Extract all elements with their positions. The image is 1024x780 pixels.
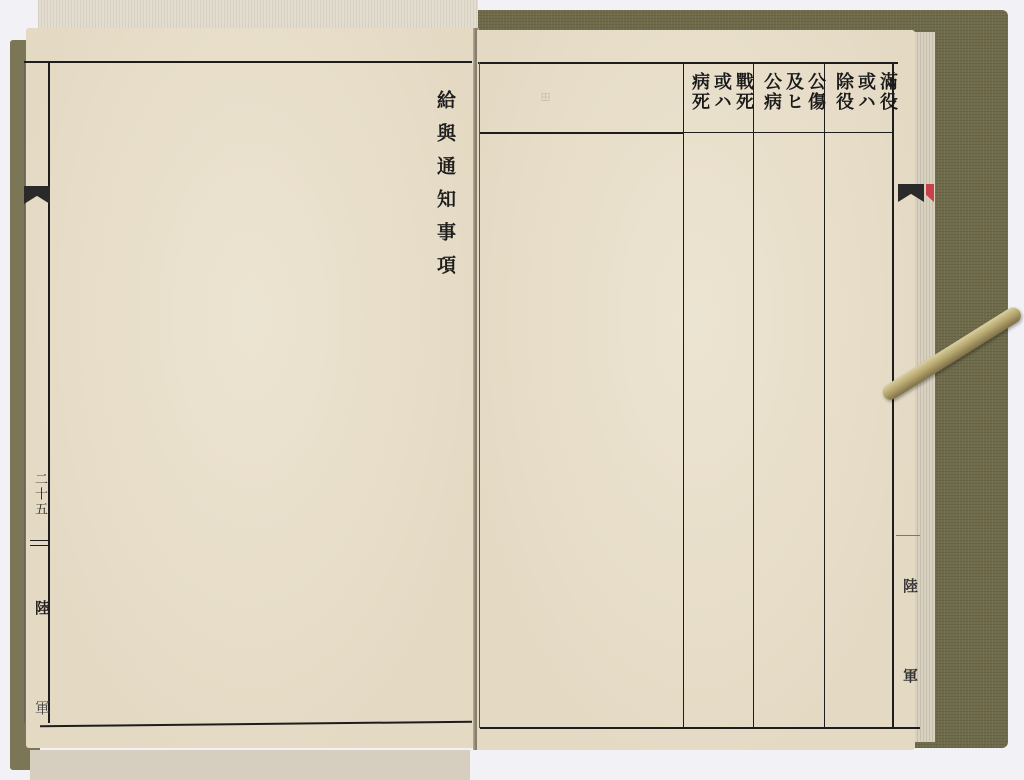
section-title: 給與通知事項 <box>432 90 459 288</box>
header-col-2-line-2: 及ヒ <box>783 72 804 112</box>
header-col-1-line-1: 滿役 <box>877 72 898 112</box>
header-col-3-line-1: 戰死 <box>733 72 754 112</box>
left-page-number-divider-2 <box>30 545 48 546</box>
left-page-number-divider <box>30 540 48 541</box>
header-col-2-line-3: 公病 <box>761 72 782 112</box>
header-col-1-line-3: 除役 <box>833 72 854 112</box>
margin-char-2: 軍 <box>32 700 53 715</box>
header-col-3-line-3: 病死 <box>689 72 710 112</box>
table-col-rule-3 <box>824 62 825 728</box>
table-col-rule-1 <box>683 62 684 728</box>
left-page <box>26 28 474 748</box>
spine-cloth-bottom <box>30 750 470 780</box>
table-col-rule-2 <box>753 62 754 728</box>
right-margin-divider <box>896 535 920 536</box>
table-header-col-2: 公傷 及ヒ 公病 <box>760 72 826 130</box>
right-page-left-rule <box>479 62 480 728</box>
left-page-outer-rule <box>24 63 25 723</box>
right-page-header-rule <box>480 132 684 134</box>
right-margin-char-1: 陸 <box>900 578 921 593</box>
header-col-1-line-2: 或ハ <box>855 72 876 112</box>
page-edges <box>915 32 935 742</box>
left-page-top-rule <box>24 61 472 63</box>
header-col-2-line-1: 公傷 <box>805 72 826 112</box>
right-margin-char-2: 軍 <box>900 668 921 683</box>
table-header-col-1: 滿役 或ハ 除役 <box>832 72 898 130</box>
table-header-col-3: 戰死 或ハ 病死 <box>688 72 754 130</box>
ghost-stamp-mark: ⊞ <box>540 90 554 106</box>
page-number: 二十五 <box>30 472 49 517</box>
table-header-rule-right <box>684 132 892 133</box>
margin-char-1: 陸 <box>32 600 53 615</box>
right-page-bottom-rule <box>480 727 920 729</box>
right-page-top-rule <box>478 62 898 64</box>
header-col-3-line-2: 或ハ <box>711 72 732 112</box>
right-page <box>477 30 915 750</box>
left-page-margin-rule <box>48 63 50 723</box>
